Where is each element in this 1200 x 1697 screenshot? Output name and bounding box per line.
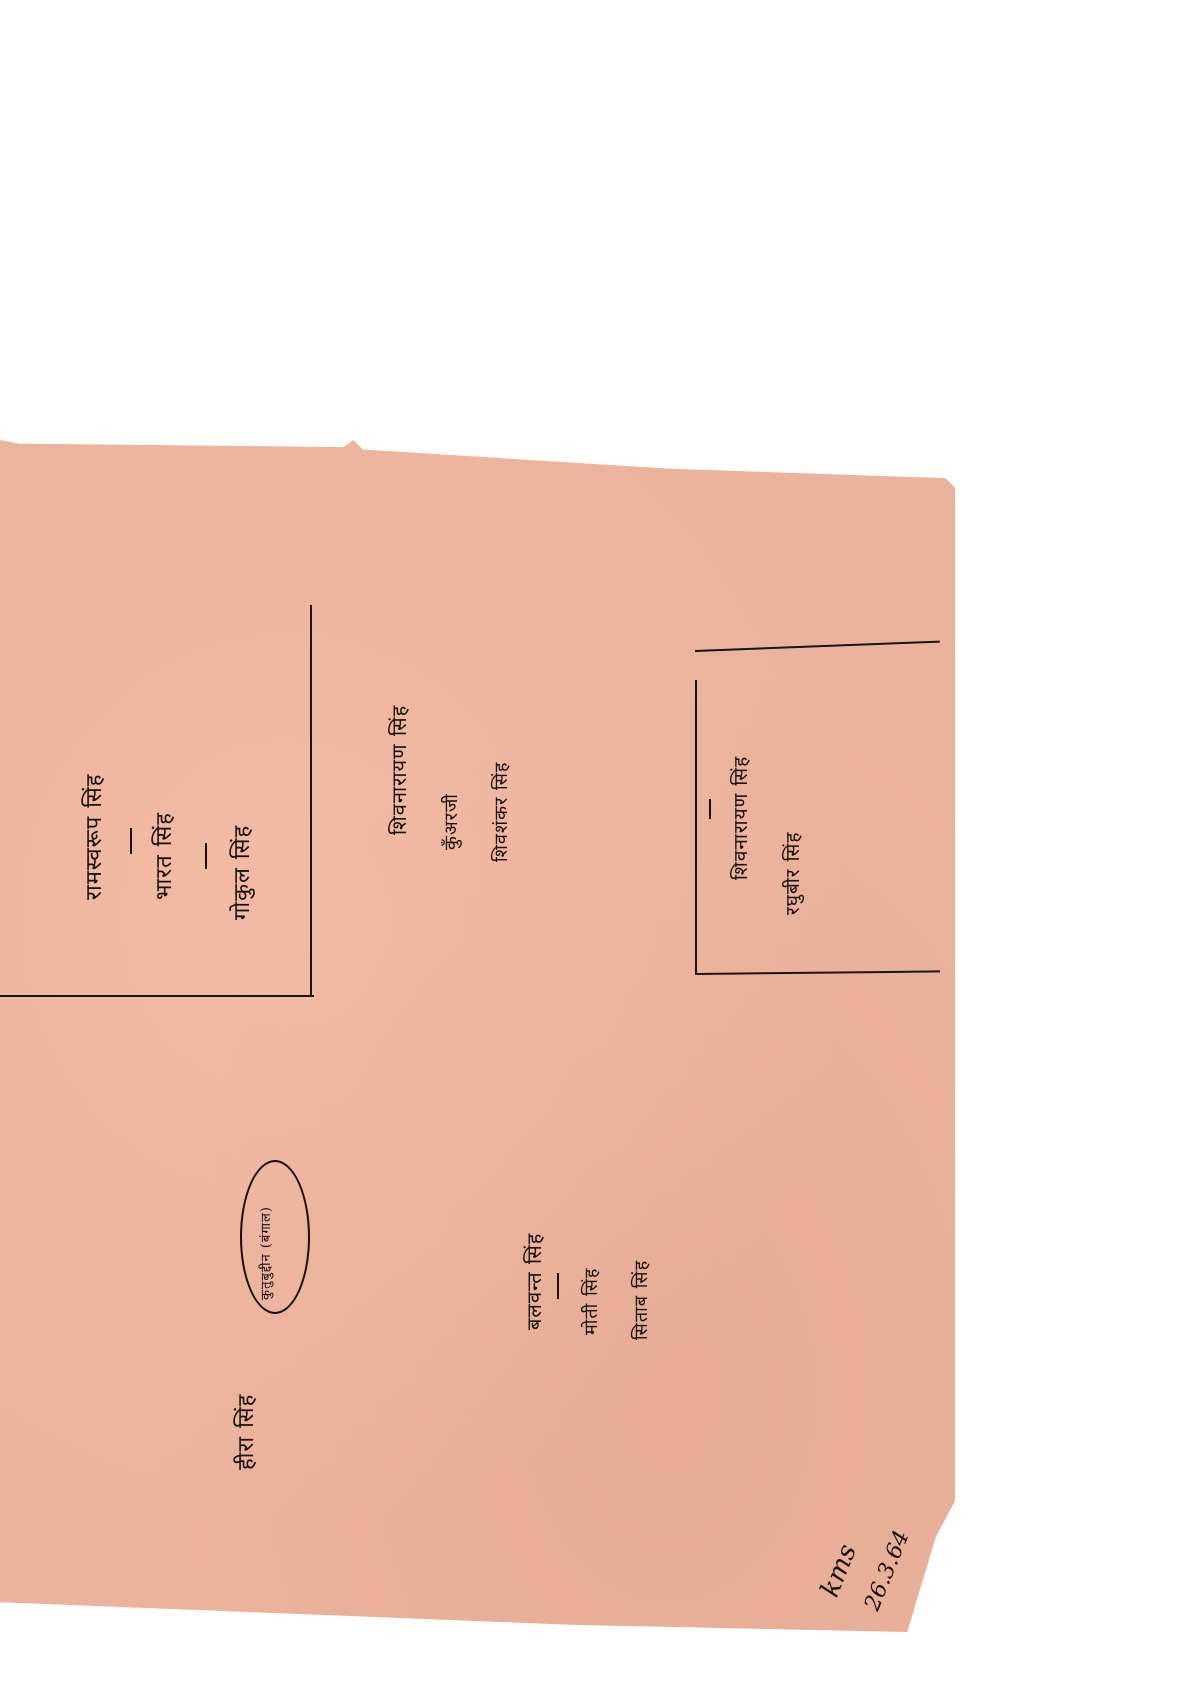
name-line: कुँअरजी xyxy=(440,740,464,850)
name-line: रघुबीर सिंह xyxy=(780,740,806,915)
name-line: गोकुल सिंह xyxy=(228,740,258,920)
paper-sheet xyxy=(0,440,955,1632)
left-box-horizontal-rule xyxy=(0,995,314,997)
name-line: मोती सिंह xyxy=(580,1200,604,1335)
name-line: शिवनारायण सिंह xyxy=(385,665,412,835)
name-line: शिवशंकर सिंह xyxy=(490,752,514,862)
lineage-dash xyxy=(205,843,207,869)
name-line: भारत सिंह xyxy=(150,730,180,900)
lineage-dash xyxy=(130,828,132,854)
name-line: रामस्वरूप सिंह xyxy=(80,670,110,900)
circled-note: कुतुबुद्दीन (बंगाल) xyxy=(258,1175,276,1300)
lineage-dash xyxy=(557,1273,559,1299)
left-box-vertical-rule xyxy=(310,605,312,997)
name-line: हीरा सिंह xyxy=(232,1360,262,1470)
name-line: बलवन्त सिंह xyxy=(520,1155,547,1330)
name-line: सिताब सिंह xyxy=(630,1205,654,1340)
right-box-left xyxy=(695,680,697,975)
lineage-dash xyxy=(709,799,711,819)
name-line: शिवनारायण सिंह xyxy=(728,705,754,880)
